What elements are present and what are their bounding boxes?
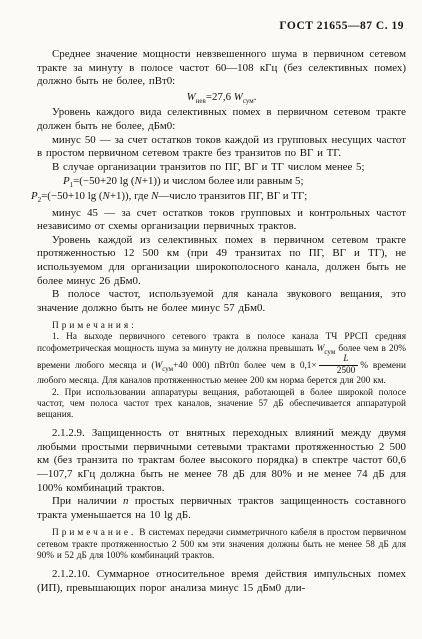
formula-w-lhs-sub: нев [196, 97, 206, 105]
document-page: ГОСТ 21655—87 С. 19 Среднее значение мощ… [0, 0, 422, 639]
gost-number: ГОСТ 21655—87 С. 19 [279, 20, 404, 32]
formula-w-mid: =27,6 [206, 91, 234, 103]
note-symmetric-cable: Примечание. В системах передачи симметри… [37, 528, 406, 562]
formula-p2-n: N [103, 190, 110, 202]
paragraph-avg-noise: Среднее значение мощности невзвешенного … [37, 48, 406, 89]
paragraph-transit-case: В случае организации транзитов по ПГ, ВГ… [37, 161, 406, 175]
notes-block: Примечания: 1. На выходе первичного сете… [37, 321, 406, 421]
paragraph-broadcast-band: В полосе частот, используемой для канала… [37, 288, 406, 315]
n-tracts-seg1: При наличии [52, 495, 123, 507]
paragraph-minus-45: минус 45 — за счет остатков токов группо… [37, 207, 406, 234]
paragraph-selective-level: Уровень каждого вида селективных помех в… [37, 106, 406, 133]
note-1-w2-sub: сум [162, 365, 173, 373]
formula-w-end: . [254, 91, 257, 103]
formula-p2: P2=(−50+10 lg (N+1)), где N—число транзи… [31, 190, 406, 204]
notes-heading: Примечания: [37, 321, 406, 332]
paragraph-2-1-2-10: 2.1.2.10. Суммарное относительное время … [37, 568, 406, 595]
page-header: ГОСТ 21655—87 С. 19 [37, 20, 404, 32]
note-2: 2. При использовании аппаратуры вещания,… [37, 388, 406, 422]
paragraph-level-12500: Уровень каждой из селективных помех в пе… [37, 234, 406, 288]
paragraph-minus-50: минус 50 — за счет остатков токов каждой… [37, 134, 406, 161]
formula-w-lhs: W [187, 91, 196, 103]
paragraph-2-1-2-9: 2.1.2.9. Защищенность от внятных переход… [37, 427, 406, 495]
note-1-fraction: L2500 [319, 355, 359, 377]
paragraph-n-tracts: При наличии n простых первичных трактов … [37, 495, 406, 522]
notes-heading-label: Примечания: [52, 321, 137, 331]
note-label: Примечание. [52, 528, 136, 538]
formula-p1: P1=(−50+20 lg (N+1)) и числом более или … [37, 175, 406, 189]
note-1-seg3: +40 000) пВт0п более чем в 0,1× [173, 361, 317, 371]
formula-p1-var: P [63, 175, 70, 187]
formula-p2-var: P [31, 190, 38, 202]
single-note-block: Примечание. В системах передачи симметри… [37, 528, 406, 562]
formula-p1-pre: =(−50+20 lg ( [73, 175, 134, 187]
fraction-denominator: 2500 [319, 365, 359, 376]
formula-w-rhs: W [234, 91, 243, 103]
formula-p2-pre: =(−50+10 lg ( [41, 190, 102, 202]
note-1: 1. На выходе первичного сетевого тракта … [37, 332, 406, 387]
formula-p1-n: N [135, 175, 142, 187]
formula-p1-post: +1)) [142, 175, 164, 187]
formula-p2-tail: —число транзитов ПГ, ВГ и ТГ; [158, 190, 307, 202]
formula-w-rhs-sub: сум [243, 97, 254, 105]
formula-unweighted-noise: Wнев=27,6 Wсум. [37, 91, 406, 105]
formula-p2-post: +1)), где [110, 190, 151, 202]
formula-p1-tail: и числом более или равным 5; [163, 175, 303, 187]
fraction-numerator: L [319, 355, 359, 365]
